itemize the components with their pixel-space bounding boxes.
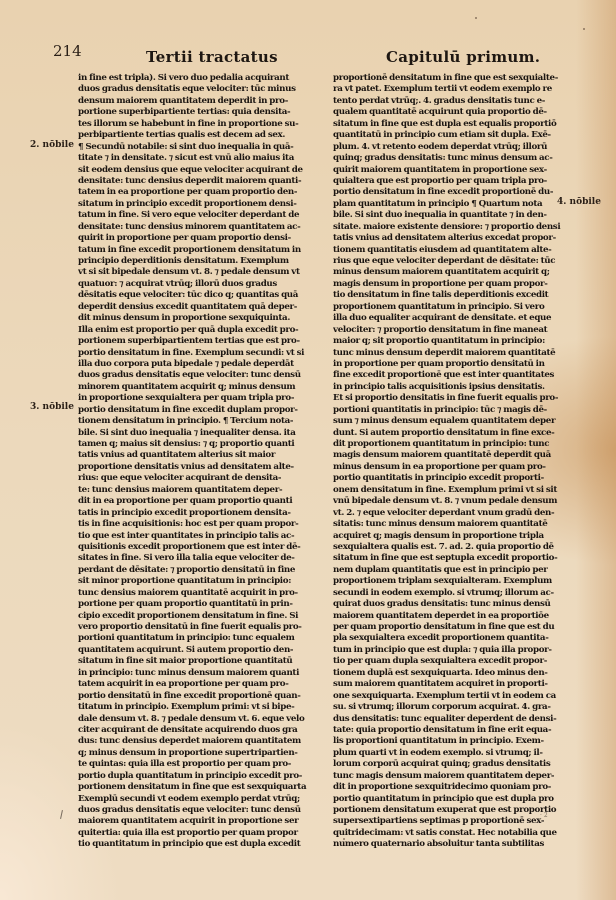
ink-mark (60, 810, 63, 819)
text-line: portionem densitatum exuperat que est pr… (333, 805, 565, 816)
text-line: quantitatem acquirunt. Si autem proporti… (78, 645, 313, 656)
text-line: portio dupla quantitatum in principio ex… (78, 771, 313, 782)
text-line: quinq; gradus densitatis: tunc minus den… (333, 153, 565, 164)
text-line: quisitionis excedit proportionem que est… (78, 542, 313, 553)
text-line: dit in ea proportione per quam proportio… (78, 496, 313, 507)
text-line: vt si sit bipedale densum vt. 8. ⁊ pedal… (78, 267, 313, 278)
text-line: nem duplam quantitatis que est in princi… (333, 565, 565, 576)
marginal-note-notabile-3: 3. nōbile (30, 402, 74, 412)
text-line: minus densum maiorem quantitatem acquiri… (333, 267, 565, 278)
paper-speck (475, 17, 477, 19)
paper-speck (583, 28, 585, 30)
text-line: onem densitatum in fine. Exemplum primi … (333, 485, 565, 496)
text-line: in proportione per quam proportio densit… (333, 359, 565, 370)
text-line: tatis vnius ad quantitatem alterius sit … (78, 450, 313, 461)
text-line: tamen q; maius sit densius: ⁊ q; proport… (78, 439, 313, 450)
text-line: quitertia: quia illa est proportio per q… (78, 828, 313, 839)
text-line: tio que est inter quantitates in princip… (78, 531, 313, 542)
text-line: sexquialtera qualis est. 7. ad. 2. quia … (333, 542, 565, 553)
running-head-left: Tertii tractatus (146, 48, 278, 66)
text-line: ¶ Secundū notabile: si sint duo inequali… (78, 142, 313, 153)
text-line: portio densitatum in fine. Exemplum secu… (78, 348, 313, 359)
text-line: sitatum in fine sit maior proportione qu… (78, 656, 313, 667)
text-line: portio quantitatis in principio excedit … (333, 473, 565, 484)
text-line: q; minus densum in proportione supertrip… (78, 748, 313, 759)
text-line: portione per quam proportio quantitatū i… (78, 599, 313, 610)
text-line: per quam proportio densitatum in fine qu… (333, 622, 565, 633)
text-line: illa duo corpora puta bipedale ⁊ pedale … (78, 359, 313, 370)
text-line: minus densum in ea proportione per quam … (333, 462, 565, 473)
text-line: tatum in fine. Si vero eque velociter de… (78, 210, 313, 221)
text-line: tio quantitatum in principio que est dup… (78, 839, 313, 850)
text-line: Illa enim est proportio per quā dupla ex… (78, 325, 313, 336)
text-line: tunc densius maiorem quantitatē acquirit… (78, 588, 313, 599)
text-line: quitridecimam: vt satis constat. Hec not… (333, 828, 565, 839)
text-line: tatis in principio excedit proportionem … (78, 508, 313, 519)
text-line: densitate: tunc densius minorem quantita… (78, 222, 313, 233)
text-line: velociter: ⁊ proportio densitatum in fin… (333, 325, 565, 336)
text-line: tio densitatum in fine talis deperdition… (333, 290, 565, 301)
text-line: proportione densitatis vnius ad densitat… (78, 462, 313, 473)
text-line: numero quaternario absoluitur tanta subt… (333, 839, 565, 850)
text-line: tunc minus densum deperdit maiorem quant… (333, 348, 565, 359)
text-line: in proportione sexquialtera per quam tri… (78, 393, 313, 404)
text-line: duos gradus densitatis eque velociter: t… (78, 370, 313, 381)
paper-speck (343, 838, 345, 840)
signature-mark: · 2 (540, 812, 548, 819)
text-line: vero proportio densitatū in fine fuerit … (78, 622, 313, 633)
text-line: principio deperditionis densitatum. Exem… (78, 256, 313, 267)
text-line: sitatum in principio excedit proportione… (78, 199, 313, 210)
text-line: quialtera que est proportio per quam tri… (333, 176, 565, 187)
text-line: tes illorum se habebunt in fine in propo… (78, 119, 313, 130)
text-line: quantitatū in principio cum etiam sit du… (333, 130, 565, 141)
text-line: tatis vnius ad densitatem alterius exced… (333, 233, 565, 244)
text-line: sum maiorem quantitatem acquiret in prop… (333, 679, 565, 690)
text-line: tatem acquirit in ea proportione per qua… (78, 679, 313, 690)
text-line: maiorem quantitatem acquirit in proporti… (78, 816, 313, 827)
text-line: secundi in eodem exemplo. si vtrumq; ill… (333, 588, 565, 599)
text-line: plam quantitatum in principio ¶ Quartum … (333, 199, 565, 210)
text-line: quirit maiorem quantitatem in proportion… (333, 165, 565, 176)
running-head-right: Capitulū primum. (386, 48, 540, 66)
text-line: quatuor: ⁊ acquirat vtrūq; illorū duos g… (78, 279, 313, 290)
text-line: dus: tunc densius deperdet maiorem quant… (78, 736, 313, 747)
text-line: dit in proportione sexquitridecimo quoni… (333, 782, 565, 793)
text-line: maior q; sit proportio quantitatum in pr… (333, 336, 565, 347)
text-line: supersextipartiens septimas p proportion… (333, 816, 565, 827)
text-line: rius que eque velociter deperdant de dēs… (333, 256, 565, 267)
text-line: su. si vtrumq; illorum corporum acquirat… (333, 702, 565, 713)
text-line: illa duo equaliter acquirant de densitat… (333, 313, 565, 324)
text-line: sitates in fine. Si vero illa talia eque… (78, 553, 313, 564)
text-line: portione superbipartiente tertias: quia … (78, 107, 313, 118)
text-line: portio densitatum in fine excedit duplam… (78, 405, 313, 416)
text-line: portionem superbipartientem tertias que … (78, 336, 313, 347)
text-line: sitatum in fine que est dupla est equali… (333, 119, 565, 130)
text-line: dit minus densum in proportione sexquiqu… (78, 313, 313, 324)
text-line: te: tunc densius maiorem quantitatem dep… (78, 485, 313, 496)
text-line: cipio excedit proportionem densitatum in… (78, 611, 313, 622)
marginal-note-notabile-2: 2. nōbile (30, 140, 74, 150)
text-line: portio quantitatum in principio que est … (333, 794, 565, 805)
text-line: Et si proportio densitatis in fine fueri… (333, 393, 565, 404)
text-line: sum ⁊ minus densum equalem quantitatem d… (333, 416, 565, 427)
text-line: portio densitatū in fine excedit proport… (78, 691, 313, 702)
text-line: maiorem quantitatem deperdet in ea propo… (333, 611, 565, 622)
text-line: portioni quantitatum in principio: tunc … (78, 633, 313, 644)
text-line: dit proportionem quantitatum in principi… (333, 439, 565, 450)
text-line: one sexquiquarta. Exemplum tertii vt in … (333, 691, 565, 702)
text-line: portio densitatum in fine excedit propor… (333, 187, 565, 198)
text-line: tum in principio que est dupla: ⁊ quia i… (333, 645, 565, 656)
text-line: dale densum vt. 8. ⁊ pedale densum vt. 6… (78, 714, 313, 725)
text-line: portioni quantitatis in principio: tūc ⁊… (333, 405, 565, 416)
text-line: sitate. maiore existente densiore: ⁊ pro… (333, 222, 565, 233)
text-line: perdant de dēsitate: ⁊ proportio densita… (78, 565, 313, 576)
text-line: vt. 2. ⁊ eque velociter deperdant vnum g… (333, 508, 565, 519)
text-line: minorem quantitatem acquirit q; minus de… (78, 382, 313, 393)
text-line: tento perdat vtrūq;. 4. gradus densitati… (333, 96, 565, 107)
text-line: qualem quantitatē acquirunt quia proport… (333, 107, 565, 118)
text-line: acquiret q; magis densum in proportione … (333, 531, 565, 542)
text-line: dēsitatis eque velociter: tūc dico q; qu… (78, 290, 313, 301)
text-line: in fine est tripla). Si vero duo pedalia… (78, 73, 313, 84)
text-line: dunt. Si autem proportio densitatum in f… (333, 428, 565, 439)
text-line: tunc magis densum maiorem quantitatem de… (333, 771, 565, 782)
text-line: plum. 4. vt retento eodem deperdat vtrūq… (333, 142, 565, 153)
text-line: tatum in fine excedit proportionem densi… (78, 245, 313, 256)
text-line: magis densum maiorem quantitatē deperdit… (333, 450, 565, 461)
text-line: deperdit densius excedit quantitatem quā… (78, 302, 313, 313)
text-line: tatem in ea proportione per quam proport… (78, 187, 313, 198)
text-line: proportionem quantitatum in principio. S… (333, 302, 565, 313)
text-line: plum quarti vt in eodem exemplo. si vtru… (333, 748, 565, 759)
book-page: 214 Tertii tractatus Capitulū primum. 2.… (0, 0, 616, 900)
text-line: rius: que eque velociter acquirant de de… (78, 473, 313, 484)
text-line: tate: quia proportio densitatum in fine … (333, 725, 565, 736)
text-line: titate ⁊ in densitate. ⁊ sicut est vnū a… (78, 153, 313, 164)
text-line: proportionē densitatum in fine que est s… (333, 73, 565, 84)
text-line: lorum corporū acquirat quinq; gradus den… (333, 759, 565, 770)
text-line: citer acquirant de densitate acquirendo … (78, 725, 313, 736)
text-line: fine excedit proportionē que est inter q… (333, 370, 565, 381)
text-line: quirat duos gradus densitatis: tunc minu… (333, 599, 565, 610)
text-line: densitate: tunc densius deperdit maiorem… (78, 176, 313, 187)
text-line: te quintas: quia illa est proportio per … (78, 759, 313, 770)
text-line: in principio: tunc minus densum maiorem … (78, 668, 313, 679)
right-text-column: proportionē densitatum in fine que est s… (333, 73, 565, 851)
text-line: quirit in proportione per quam proportio… (78, 233, 313, 244)
text-line: duos gradus densitatis eque velociter: t… (78, 805, 313, 816)
text-line: magis densum in proportione per quam pro… (333, 279, 565, 290)
text-line: duos gradus densitatis eque velociter: t… (78, 84, 313, 95)
text-line: tionem quantitatis eiusdem ad quantitate… (333, 245, 565, 256)
text-line: perbipartiente tertias qualis est decem … (78, 130, 313, 141)
page-edge-shadow (576, 0, 616, 900)
text-line: dus densitatis: tunc equaliter deperdent… (333, 714, 565, 725)
text-line: pla sexquialtera excedit proportionem qu… (333, 633, 565, 644)
text-line: ra vt patet. Exemplum tertii vt eodem ex… (333, 84, 565, 95)
text-line: vnū bipedale densum vt. 8. ⁊ vnum pedale… (333, 496, 565, 507)
text-line: sit eodem densius que eque velociter acq… (78, 165, 313, 176)
text-line: Exemplū secundi vt eodem exemplo perdat … (78, 794, 313, 805)
page-number: 214 (53, 42, 82, 60)
text-line: portionem densitatum in fine que est sex… (78, 782, 313, 793)
text-line: densum maiorem quantitatem deperdit in p… (78, 96, 313, 107)
text-line: sit minor proportione quantitatum in pri… (78, 576, 313, 587)
left-text-column: in fine est tripla). Si vero duo pedalia… (78, 73, 313, 851)
text-line: tionem densitatum in principio. ¶ Terciu… (78, 416, 313, 427)
text-line: titatum in principio. Exemplum primi: vt… (78, 702, 313, 713)
text-line: tio per quam dupla sexquialtera excedit … (333, 656, 565, 667)
text-line: in principio talis acquisitionis ipsius … (333, 382, 565, 393)
text-line: proportionem triplam sexquialteram. Exem… (333, 576, 565, 587)
text-line: tionem duplā est sexquiquarta. Ideo minu… (333, 668, 565, 679)
text-line: lis proportioni quantitatum in principio… (333, 736, 565, 747)
text-line: bile. Si sint duo inequalia in quantitat… (333, 210, 565, 221)
text-line: sitatum in fine que est septupla excedit… (333, 553, 565, 564)
text-line: bile. Si sint duo inequalia ⁊ inequalite… (78, 428, 313, 439)
text-line: sitatis: tunc minus densum maiorem quant… (333, 519, 565, 530)
text-line: tis in fine acquisitionis: hoc est per q… (78, 519, 313, 530)
